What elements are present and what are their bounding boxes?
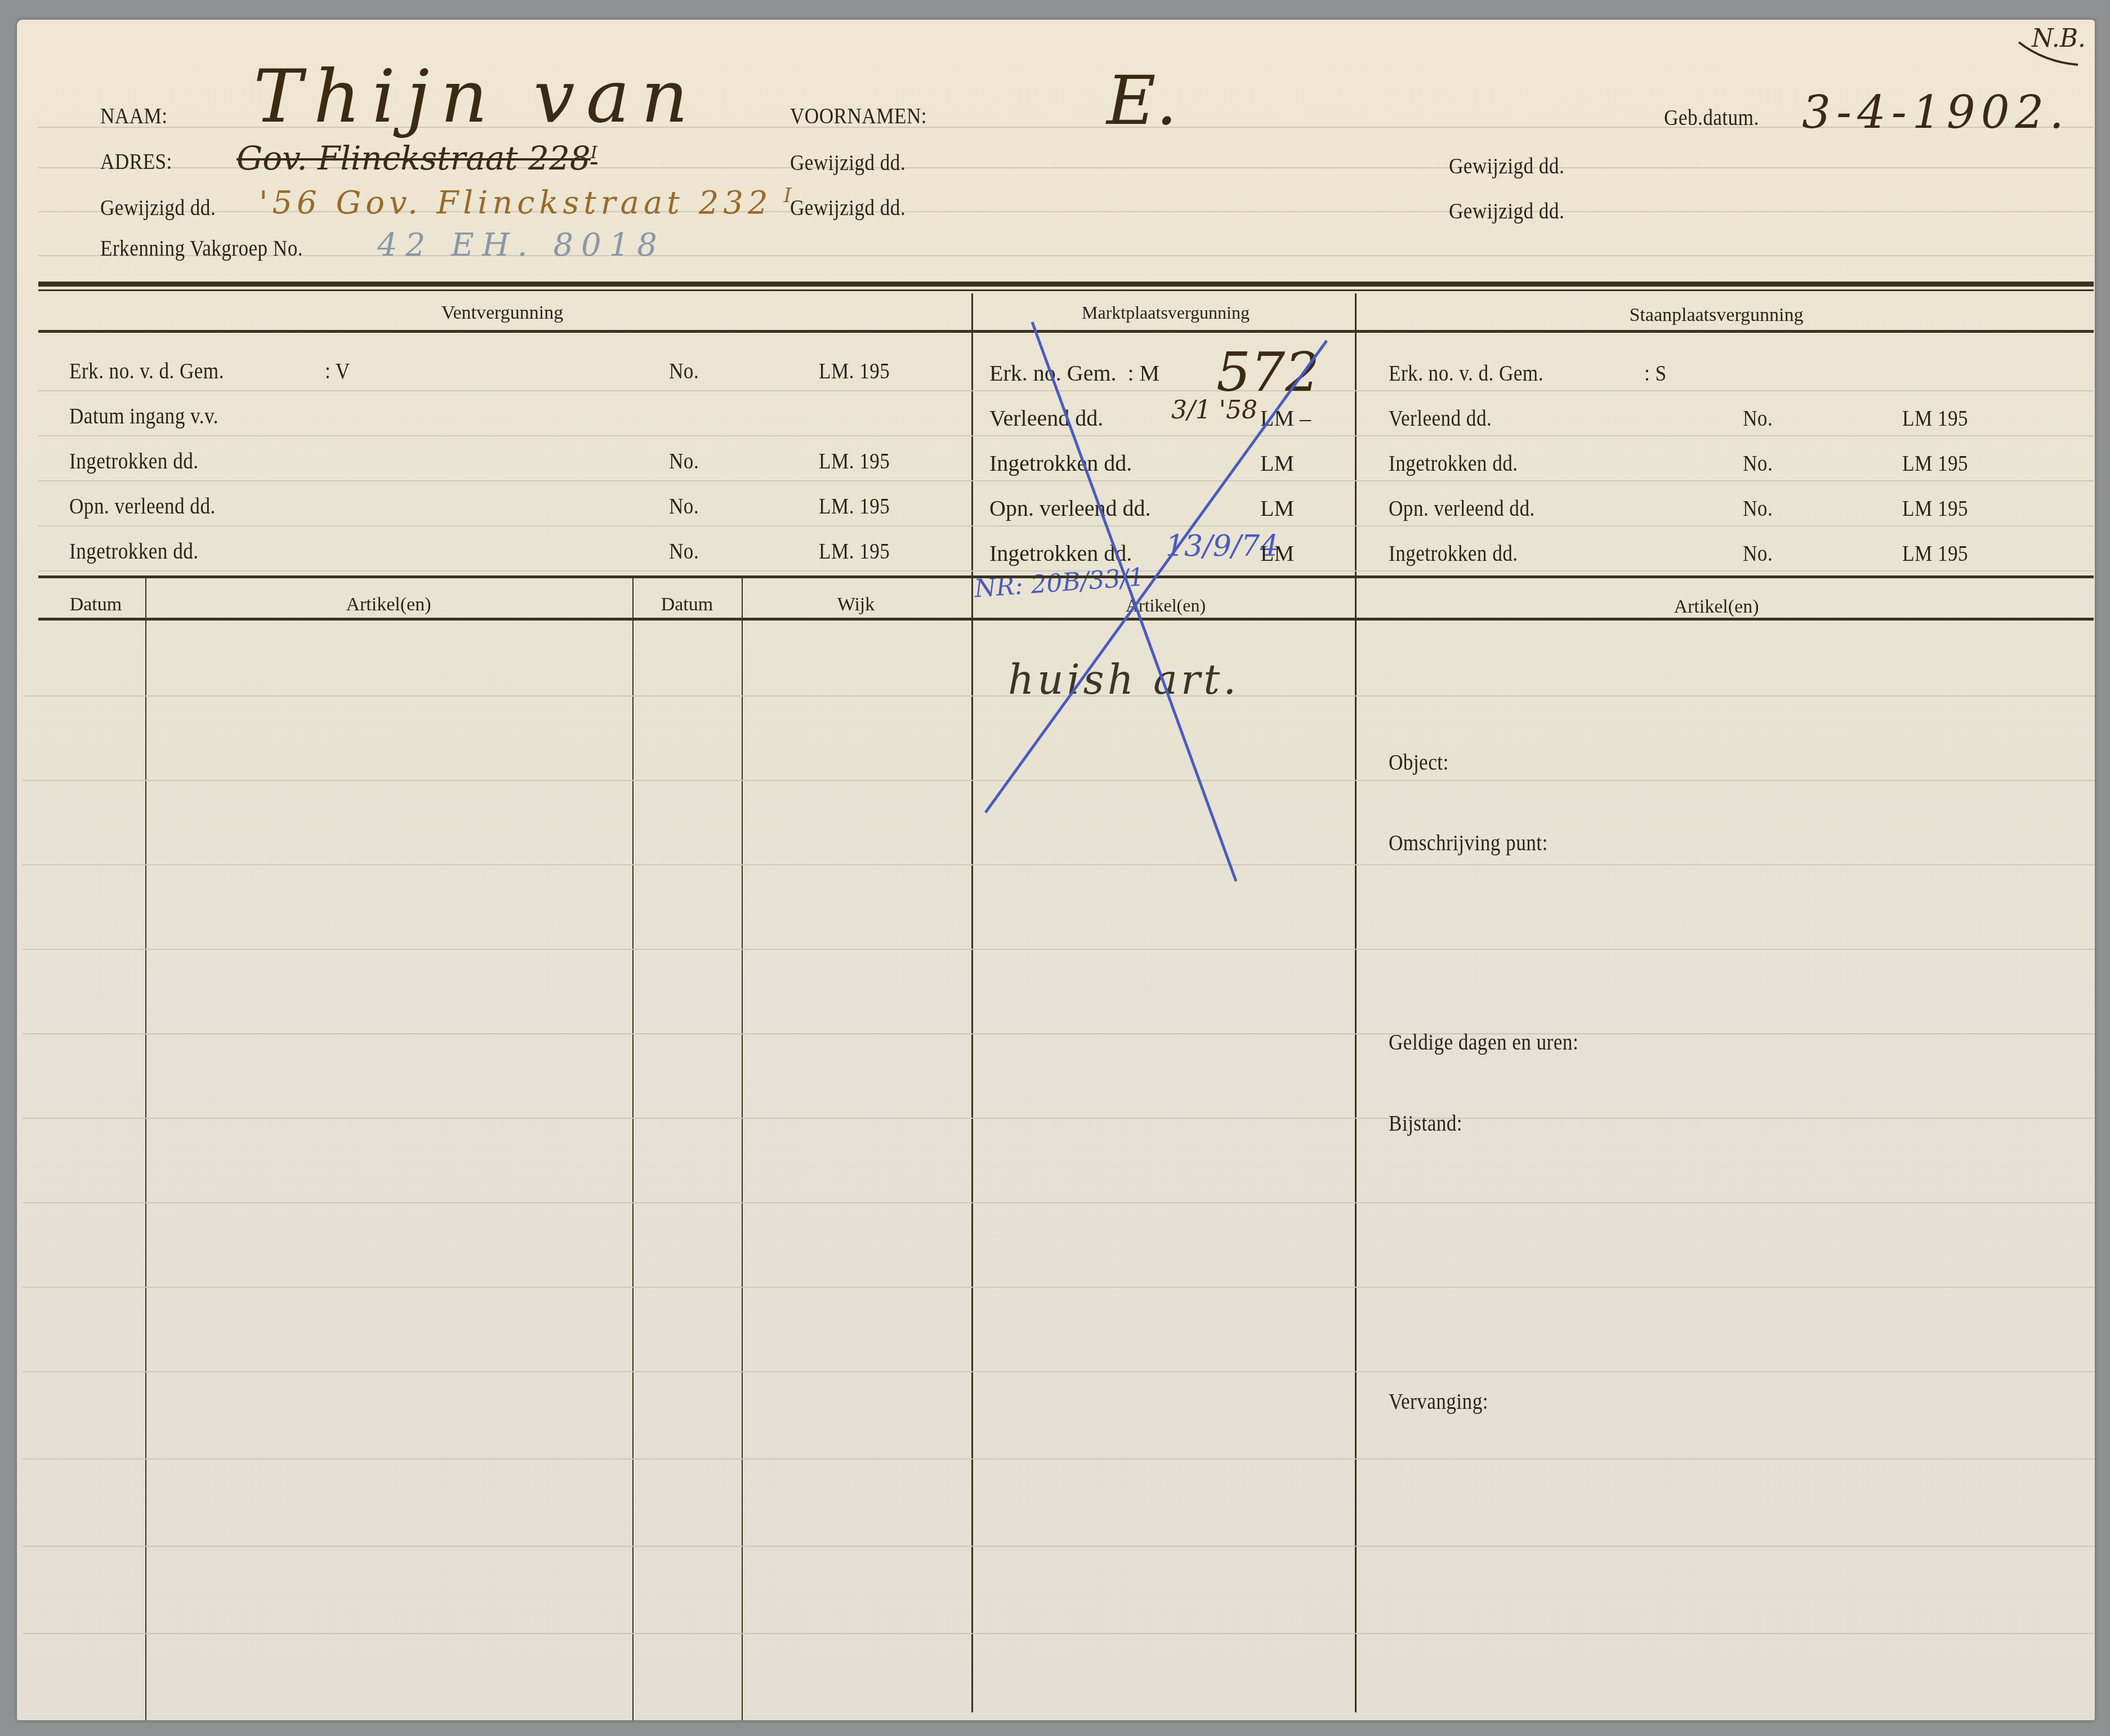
registration-card: N.B. NAAM: Thijn van VOORNAMEN: E. Geb.d… (17, 20, 2095, 1720)
cross-out-mark (17, 20, 2095, 1720)
